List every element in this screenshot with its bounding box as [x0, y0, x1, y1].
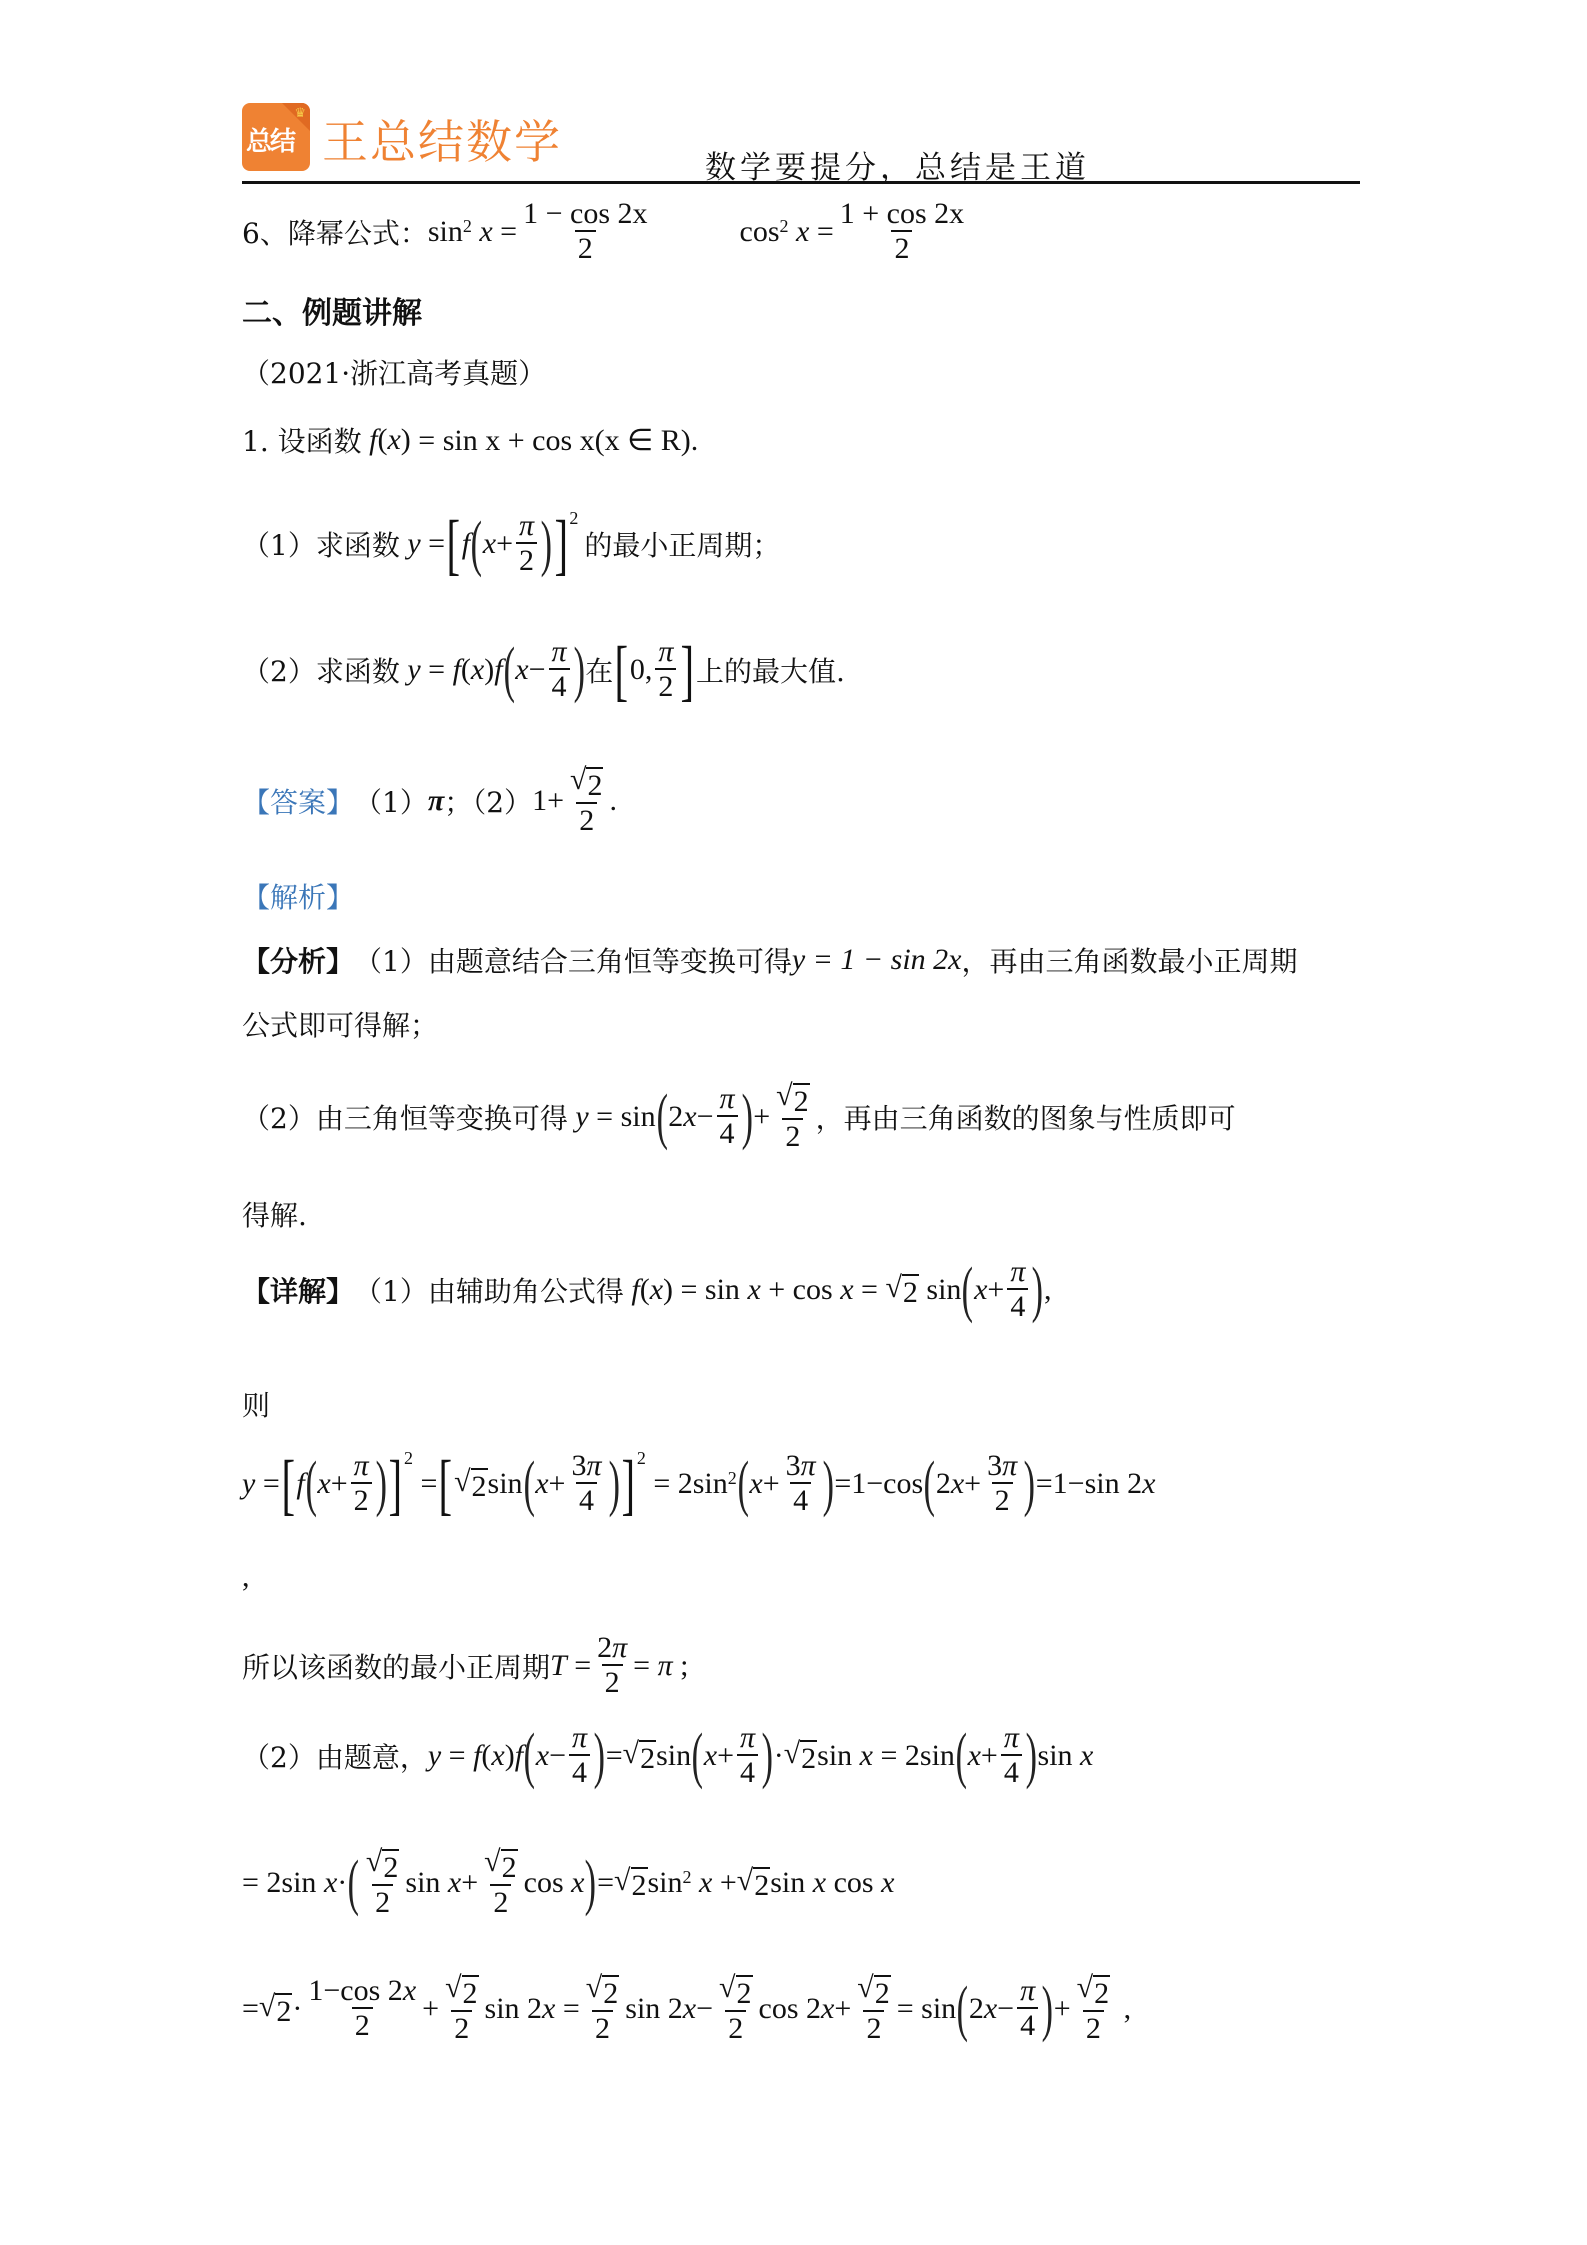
analysis-p1: 【分析】 （1）由题意结合三角恒等变换可得 y = 1 − sin 2x ，再由… — [242, 940, 1298, 980]
brand-name: 王总结数学 — [322, 106, 562, 172]
detail-derivation-3: =√2·1−cos 2x2+√22sin 2x =√22sin 2x−√22co… — [242, 1972, 1131, 2047]
analysis-p1-cont: 公式即可得解； — [242, 1004, 438, 1044]
logo-text: 总结 — [246, 121, 294, 158]
analysis-tag: 【解析】 — [242, 876, 354, 916]
crown-icon: ♛ — [294, 105, 306, 121]
source-label: （2021·浙江高考真题） — [242, 352, 546, 392]
analysis-p2-cont: 得解. — [242, 1194, 307, 1234]
detail-p2: （2）由题意， y = f(x)f(x−π4)=√2sin(x+π4)·√2si… — [242, 1722, 1093, 1790]
analysis-p2: （2）由三角恒等变换可得 y = sin(2x−π4)+√22 ，再由三角函数的… — [242, 1080, 1236, 1155]
formula-label: 6、降幂公式： — [242, 212, 428, 252]
brand-logo: ♛ 总结 — [242, 103, 310, 171]
detail-derivation-1: y =[f(x+π2)]2 =[√2sin(x+3π4)]2 = 2sin2(x… — [242, 1450, 1155, 1518]
section-title: 二、例题讲解 — [242, 288, 422, 332]
comma-line: , — [242, 1560, 250, 1594]
answer-tag: 【答案】 — [242, 781, 354, 821]
problem-stem: 1. 设函数 f(x) = sin x + cos x(x ∈ R). — [242, 420, 698, 460]
document-page: ♛ 总结 王总结数学 数学要提分，总结是王道 6、降幂公式： sin2 x = … — [0, 0, 1587, 2245]
answer-line: 【答案】 （1） π ；（2） 1+√22. — [242, 764, 617, 839]
period-result: 所以该函数的最小正周期 T =2π2= π ; — [242, 1632, 688, 1700]
sin-square-formula: sin2 x = 1 − cos 2x2 — [428, 198, 654, 266]
question-2: （2）求函数 y = f(x)f(x−π4) 在 [0,π2] 上的最大值. — [242, 636, 845, 704]
question-1: （1）求函数 y = [f(x+π2)]2 的最小正周期； — [242, 510, 780, 578]
detail-derivation-2: = 2sin x·(√22sin x+√22cos x)=√2sin2 x +√… — [242, 1846, 894, 1921]
header-divider — [242, 181, 1360, 184]
then-label: 则 — [242, 1384, 270, 1424]
detail-p1: 【详解】 （1）由辅助角公式得 f(x) = sin x + cos x = √… — [242, 1256, 1052, 1324]
cos-square-formula: cos2 x = 1 + cos 2x2 — [740, 198, 971, 266]
formula-6: 6、降幂公式： sin2 x = 1 − cos 2x2 cos2 x = 1 … — [242, 198, 970, 266]
